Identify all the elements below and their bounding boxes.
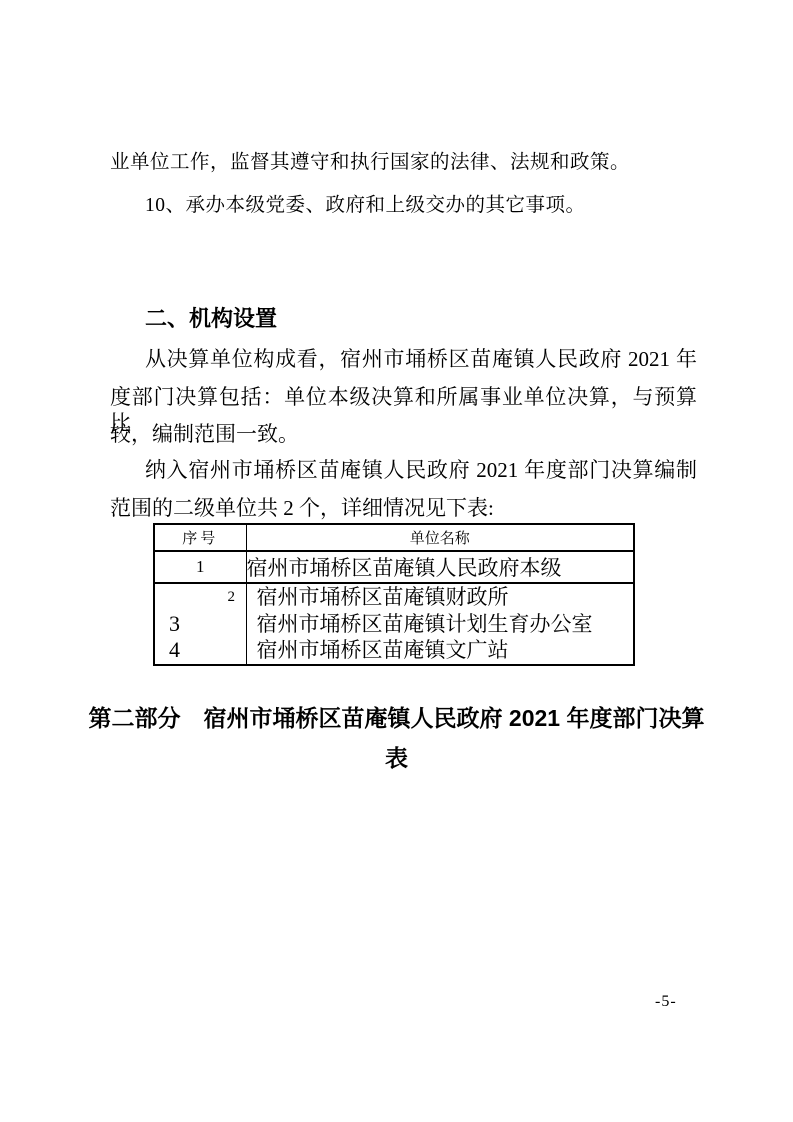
paragraph1-line3: 较，编制范围一致。 [110,421,299,447]
merged-index-cell: 2 3 4 [154,583,246,665]
part2-heading-line2: 表 [0,740,793,773]
row1-unit-name: 宿州市埇桥区苗庵镇人民政府本级 [246,551,634,583]
paragraph1-line1: 从决算单位构成看，宿州市埇桥区苗庵镇人民政府 2021 年 [145,346,697,372]
table-row: 1 宿州市埇桥区苗庵镇人民政府本级 [154,551,634,583]
paragraph2-line2: 范围的二级单位共 2 个，详细情况见下表: [110,495,494,521]
units-table: 序号 单位名称 1 宿州市埇桥区苗庵镇人民政府本级 2 3 4 宿州市埇桥区苗庵… [153,523,635,666]
page-number: -5- [655,993,677,1011]
row4-index: 4 [155,637,246,664]
document-page: 业单位工作，监督其遵守和执行国家的法律、法规和政策。 10、承办本级党委、政府和… [0,0,793,1122]
intro-item-10: 10、承办本级党委、政府和上级交办的其它事项。 [145,194,586,218]
paragraph2-line1: 纳入宿州市埇桥区苗庵镇人民政府 2021 年度部门决算编制 [145,457,697,483]
row2-unit-name: 宿州市埇桥区苗庵镇财政所 [247,584,634,611]
row1-index: 1 [154,551,246,583]
section-heading-organization-setup: 二、机构设置 [145,302,277,333]
part2-heading-line1: 第二部分 宿州市埇桥区苗庵镇人民政府 2021 年度部门决算 [0,700,793,733]
row3-unit-name: 宿州市埇桥区苗庵镇计划生育办公室 [247,611,634,638]
units-table-header-row: 序号 单位名称 [154,524,634,551]
intro-continuation-line: 业单位工作，监督其遵守和执行国家的法律、法规和政策。 [110,151,630,175]
merged-name-cell: 宿州市埇桥区苗庵镇财政所 宿州市埇桥区苗庵镇计划生育办公室 宿州市埇桥区苗庵镇文… [246,583,634,665]
row2-index: 2 [155,584,246,611]
row4-unit-name: 宿州市埇桥区苗庵镇文广站 [247,637,634,664]
header-unit-name: 单位名称 [246,524,634,551]
header-index: 序号 [154,524,246,551]
table-merged-rows: 2 3 4 宿州市埇桥区苗庵镇财政所 宿州市埇桥区苗庵镇计划生育办公室 宿州市埇… [154,583,634,665]
row3-index: 3 [155,611,246,638]
